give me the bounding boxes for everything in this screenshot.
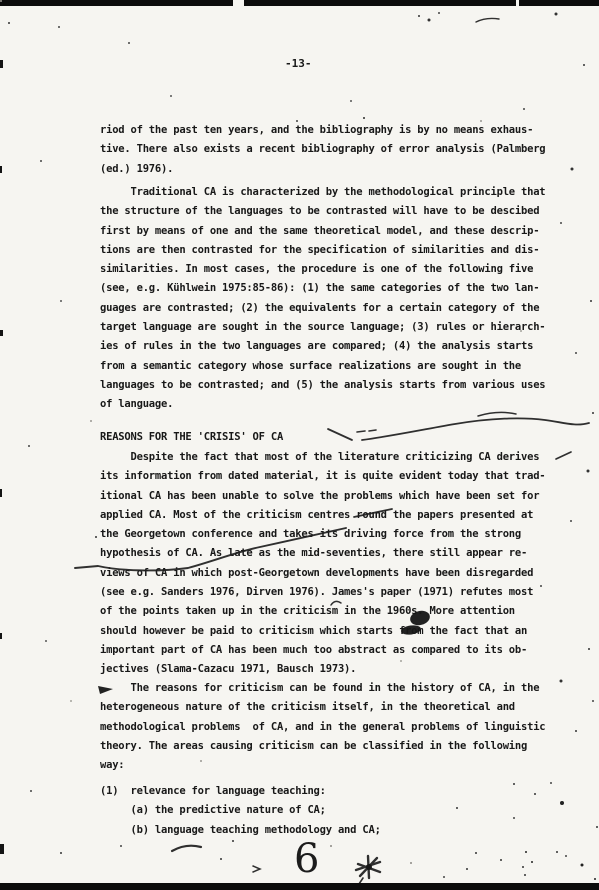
text-line: itional CA has been unable to solve the …	[100, 487, 545, 506]
paragraph-criticism-sources: The reasons for criticism can be found i…	[100, 679, 545, 775]
scan-edge-mark	[0, 844, 4, 854]
ink-splatter-dot	[366, 864, 372, 870]
scan-edge-mark	[0, 489, 2, 497]
text-line: similarities. In most cases, the procedu…	[100, 260, 545, 279]
text-line: target language are sought in the source…	[100, 318, 545, 337]
text-line: hypothesis of CA. As late as the mid-sev…	[100, 544, 545, 563]
scan-border-gap	[233, 0, 244, 6]
pen-mark-top-right	[476, 18, 499, 22]
text-line: methodological problems of CA, and in th…	[100, 718, 545, 737]
text-line: (b) language teaching methodology and CA…	[100, 821, 381, 840]
pen-mark-derives	[556, 452, 571, 459]
text-line: Despite the fact that most of the litera…	[100, 448, 545, 467]
text-line: from a semantic category whose surface r…	[100, 357, 545, 376]
text-line: important part of CA has been much too a…	[100, 641, 545, 660]
text-line: first by means of one and the same theor…	[100, 222, 545, 241]
scan-edge-mark	[0, 330, 3, 336]
text-line: The reasons for criticism can be found i…	[100, 679, 545, 698]
text-line: theory. The areas causing criticism can …	[100, 737, 545, 756]
text-line: riod of the past ten years, and the bibl…	[100, 121, 545, 140]
page-number-footer: 6	[294, 839, 319, 879]
text-line: should however be paid to criticism whic…	[100, 622, 545, 641]
paragraph-continuation: riod of the past ten years, and the bibl…	[100, 121, 545, 179]
list-criticism-areas: (1) relevance for language teaching: (a)…	[100, 782, 381, 840]
scan-border-bottom	[0, 883, 599, 890]
text-line: way:	[100, 756, 545, 775]
text-line: ies of rules in the two languages are co…	[100, 337, 545, 356]
text-line: languages to be contrasted; and (5) the …	[100, 376, 545, 395]
text-line: (ed.) 1976).	[100, 160, 545, 179]
text-line: the structure of the languages to be con…	[100, 202, 545, 221]
text-line: of the points taken up in the criticism …	[100, 602, 545, 621]
scan-edge-mark	[0, 633, 2, 639]
text-line: applied CA. Most of the criticism centre…	[100, 506, 545, 525]
text-line: Traditional CA is characterized by the m…	[100, 183, 545, 202]
pen-dash-footer	[172, 846, 201, 851]
pen-scribble-heading	[328, 412, 589, 440]
scan-noise-specks-light	[0, 0, 2, 2]
text-line: (see, e.g. Kühlwein 1975:85-86): (1) the…	[100, 279, 545, 298]
chevron-mark	[253, 866, 260, 872]
paragraph-traditional-ca: Traditional CA is characterized by the m…	[100, 183, 545, 415]
text-line: (a) the predictive nature of CA;	[100, 801, 381, 820]
text-line: (1) relevance for language teaching:	[100, 782, 381, 801]
page-number-header: -13-	[285, 57, 312, 70]
text-line: heterogeneous nature of the criticism it…	[100, 698, 545, 717]
scan-edge-mark	[0, 60, 3, 68]
text-line: tions are then contrasted for the specif…	[100, 241, 545, 260]
text-line: its information from dated material, it …	[100, 467, 545, 486]
scan-edge-mark	[0, 166, 2, 173]
text-line: views of CA in which post-Georgetown dev…	[100, 564, 545, 583]
scan-border-gap	[516, 0, 519, 6]
text-line: of language.	[100, 395, 545, 414]
text-line: the Georgetown conference and takes its …	[100, 525, 545, 544]
section-heading: REASONS FOR THE 'CRISIS' OF CA	[100, 431, 283, 443]
paragraph-crisis-reasons: Despite the fact that most of the litera…	[100, 448, 545, 680]
text-line: guages are contrasted; (2) the equivalen…	[100, 299, 545, 318]
text-line: jectives (Slama-Cazacu 1971, Bausch 1973…	[100, 660, 545, 679]
text-line: tive. There also exists a recent bibliog…	[100, 140, 545, 159]
scan-border-top	[0, 0, 599, 6]
text-line: (see e.g. Sanders 1976, Dirven 1976). Ja…	[100, 583, 545, 602]
scanned-document-page: -13- riod of the past ten years, and the…	[0, 0, 599, 890]
